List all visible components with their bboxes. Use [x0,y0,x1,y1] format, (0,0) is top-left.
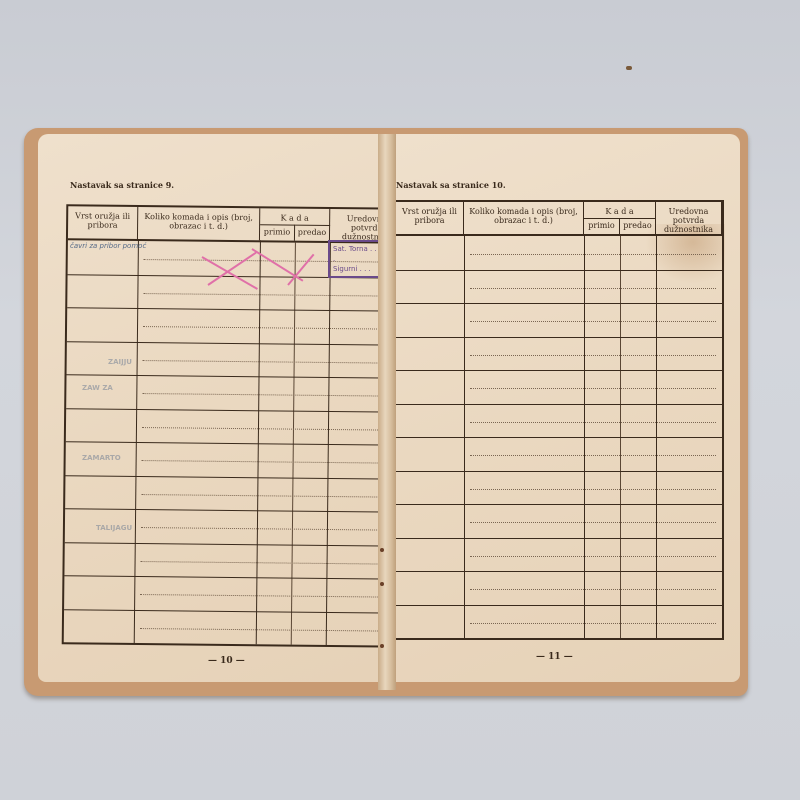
row-divider [396,605,722,606]
page-number: — 10 — [208,656,245,666]
dotted-entry-line [141,494,395,498]
faint-imprint: ZAIJJU [108,358,132,366]
dotted-entry-line [470,522,716,523]
dotted-entry-line [142,427,396,431]
row-divider [65,542,401,547]
header-divider [396,234,722,236]
row-divider [67,307,403,312]
row-divider [396,404,722,405]
row-divider [396,504,722,505]
right-page: Nastavak sa stranice 10. Vrst oružja ili… [390,134,740,682]
row-divider [66,441,402,446]
row-divider [396,303,722,304]
row-divider [396,370,722,371]
dotted-entry-line [141,561,395,565]
header-when: K a d a [584,202,656,218]
handwritten-entry: čavri za pribor pomoć [70,242,146,251]
dotted-entry-line [143,293,397,297]
dotted-entry-line [470,321,716,322]
header-received: primio [584,218,620,234]
header-official-confirmation: Uredovna potvrda dužnostnika [656,202,722,234]
page-number: — 11 — [536,652,573,662]
dotted-entry-line [470,288,716,289]
dotted-entry-line [142,460,396,464]
equipment-table-right: Vrst oružja ili pribora Koliko komada i … [394,200,724,640]
row-divider [396,471,722,472]
binding-stitch [380,644,384,648]
header-handed-over: predao [295,225,330,241]
stamp-line-1: Sat. Torna . . . [333,244,377,264]
dotted-entry-line [470,589,716,590]
row-divider [396,337,722,338]
header-quantity-description: Koliko komada i opis (broj, obrazac i t.… [138,207,260,240]
dotted-entry-line [140,594,394,598]
row-divider [65,475,401,480]
row-divider [396,437,722,438]
row-divider [64,609,400,614]
dotted-entry-line [470,254,716,255]
dotted-entry-line [140,628,394,632]
dotted-entry-line [470,623,716,624]
dotted-entry-line [470,388,716,389]
row-divider [67,374,403,379]
dust-speck [626,66,632,70]
faint-imprint: ZAW ZA [82,384,113,392]
binding-stitch [380,582,384,586]
dotted-entry-line [141,527,395,531]
faint-imprint: ZAMARTO [82,454,121,462]
dotted-entry-line [470,355,716,356]
row-divider [64,575,400,580]
official-stamp: Sat. Torna . . . Sigurni . . . [328,240,382,278]
row-divider [396,270,722,271]
dotted-entry-line [470,489,716,490]
row-divider [396,571,722,572]
header-handed-over: predao [620,218,656,234]
column-divider [656,234,657,638]
stamp-line-2: Sigurni . . . [333,264,377,274]
faint-imprint: TALIJAGU [96,524,132,532]
record-booklet: Nastavak sa stranice 9. Vrst oružja ili … [24,124,746,696]
dotted-entry-line [143,360,397,364]
dotted-entry-line [470,422,716,423]
dotted-entry-line [470,556,716,557]
header-weapon-type: Vrst oružja ili pribora [68,206,138,239]
continuation-note: Nastavak sa stranice 10. [396,180,506,190]
binding-stitch [380,548,384,552]
row-divider [67,341,403,346]
header-quantity-description: Koliko komada i opis (broj, obrazac i t.… [464,202,584,234]
row-divider [396,538,722,539]
dotted-entry-line [470,455,716,456]
row-divider [65,508,401,513]
column-divider [584,234,585,638]
book-spine-gutter [378,134,396,690]
left-page: Nastavak sa stranice 9. Vrst oružja ili … [38,134,382,682]
column-divider [464,234,465,638]
header-received: primio [260,224,295,240]
continuation-note: Nastavak sa stranice 9. [70,180,174,190]
dotted-entry-line [142,393,396,397]
header-weapon-type: Vrst oružja ili pribora [396,202,464,234]
dotted-entry-line [143,326,397,330]
row-divider [66,408,402,413]
header-when: K a d a [260,208,330,225]
